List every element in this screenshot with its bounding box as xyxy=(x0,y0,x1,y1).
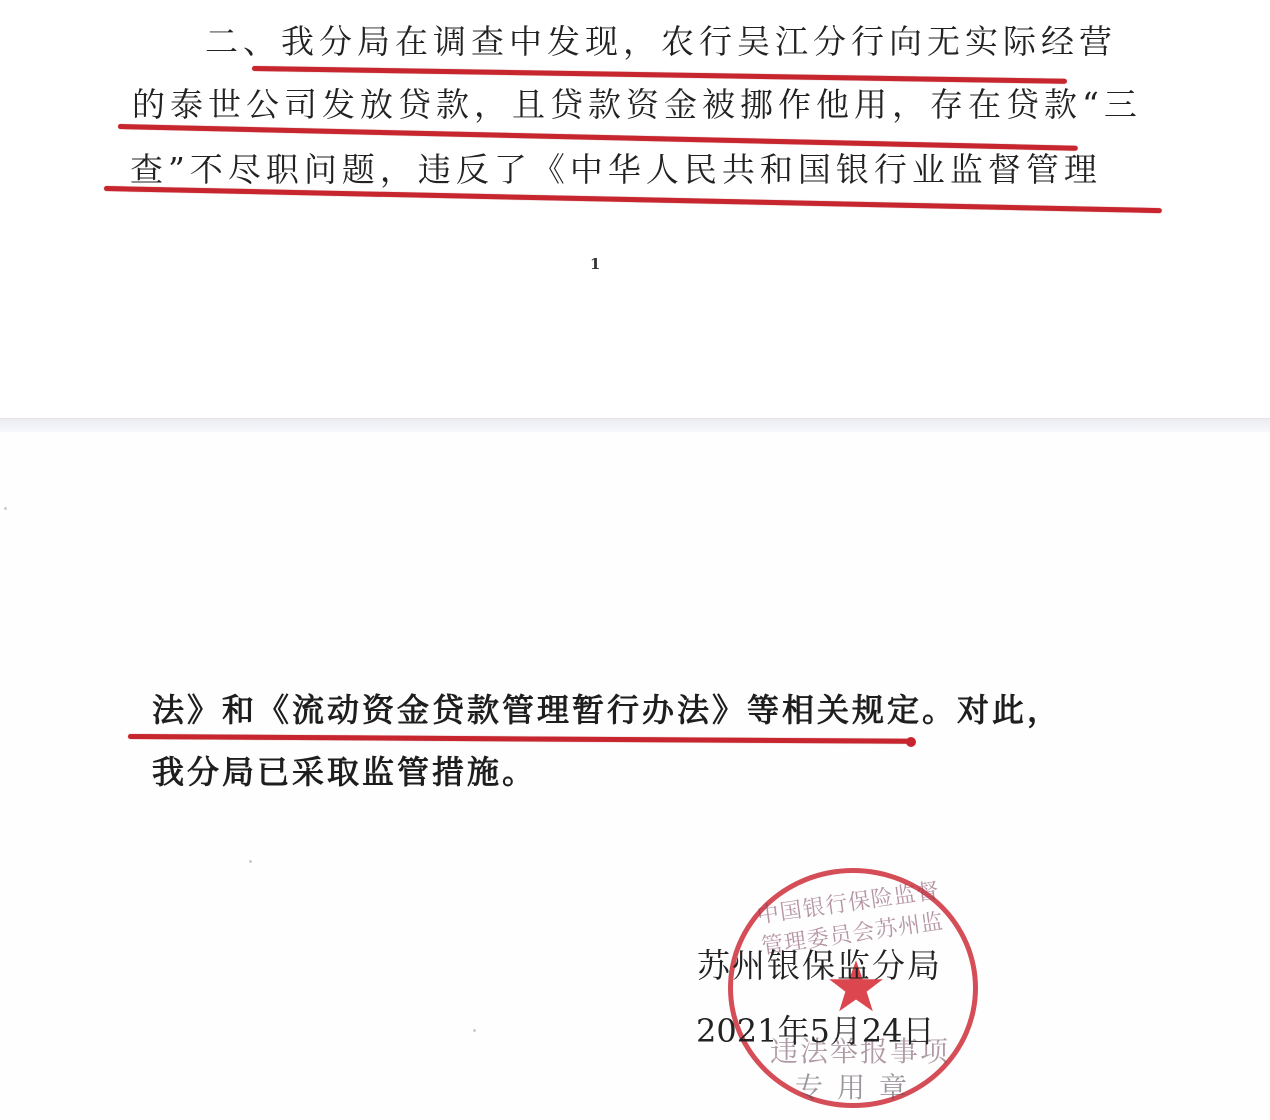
page-separator xyxy=(0,418,1270,432)
paragraph-line-5: 我分局已采取监管措施。 xyxy=(152,752,537,792)
signing-date: 2021年5月24日 xyxy=(696,1006,935,1052)
paragraph-line-1: 二、我分局在调查中发现，农行吴江分行向无实际经营 xyxy=(205,22,1117,62)
signing-organization: 苏州银保监分局 xyxy=(697,940,942,987)
scan-speck xyxy=(4,507,7,510)
paragraph-line-2: 的泰世公司发放贷款，且贷款资金被挪作他用，存在贷款“三 xyxy=(132,85,1142,125)
page-number: 1 xyxy=(590,255,600,273)
underline-end-dot xyxy=(906,737,916,747)
paragraph-line-3: 查”不尽职问题，违反了《中华人民共和国银行业监督管理 xyxy=(130,150,1102,190)
scan-speck xyxy=(473,1029,476,1032)
paragraph-line-4: 法》和《流动资金贷款管理暂行办法》等相关规定。对此， xyxy=(152,690,1062,730)
seal-inner-line-2: 专用章 xyxy=(795,1066,921,1106)
scan-speck xyxy=(249,860,252,863)
